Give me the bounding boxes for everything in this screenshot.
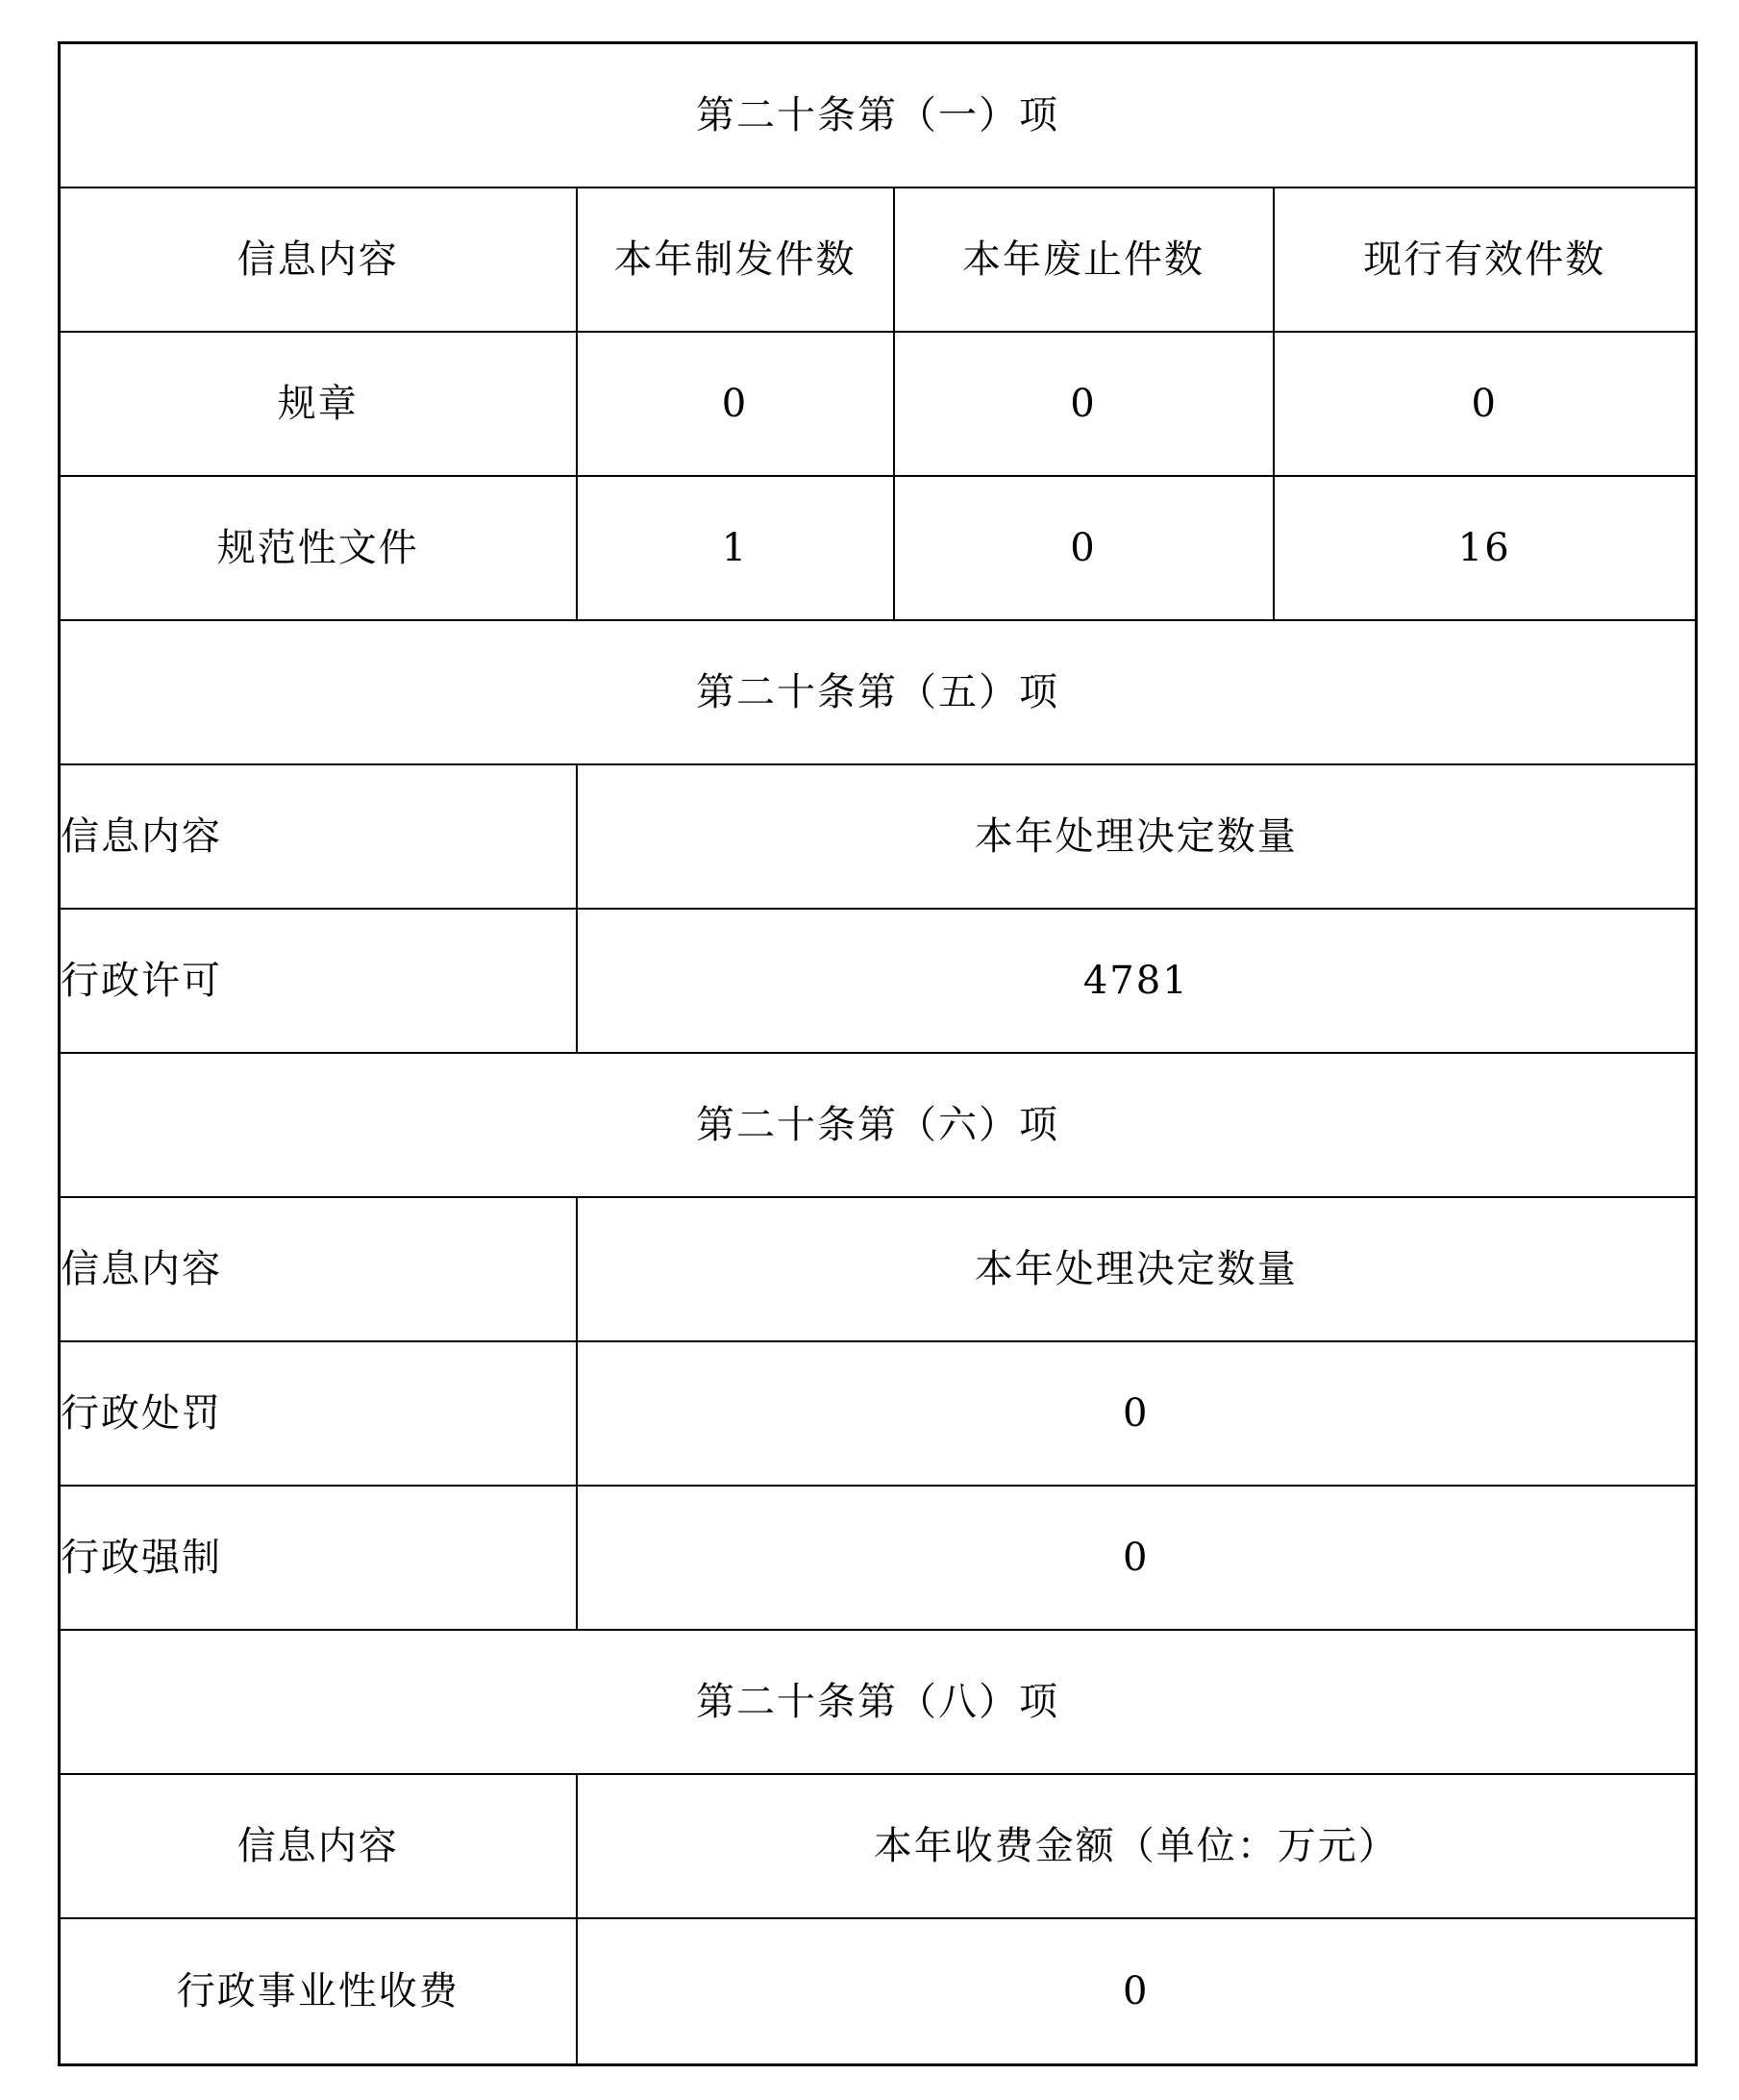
section-1-title: 第二十条第（一）项	[60, 43, 1697, 187]
table-row: 行政强制 0	[60, 1486, 1697, 1630]
row-admin-license-label: 行政许可	[60, 909, 577, 1053]
section-8-title: 第二十条第（八）项	[60, 1630, 1697, 1774]
section-1-title-row: 第二十条第（一）项	[60, 43, 1697, 187]
section-5-header-info-content: 信息内容	[60, 764, 577, 909]
row-normative-docs-label: 规范性文件	[60, 476, 577, 620]
section-6-title-row: 第二十条第（六）项	[60, 1053, 1697, 1197]
section-5-header-decisions-count: 本年处理决定数量	[577, 764, 1697, 909]
section-1-header-repealed-count: 本年废止件数	[894, 187, 1274, 332]
row-admin-coercion-value: 0	[577, 1486, 1697, 1630]
row-admin-license-value: 4781	[577, 909, 1697, 1053]
row-regulations-repealed: 0	[894, 332, 1274, 476]
row-admin-fees-value: 0	[577, 1918, 1697, 2065]
row-regulations-label: 规章	[60, 332, 577, 476]
section-5-header-row: 信息内容 本年处理决定数量	[60, 764, 1697, 909]
row-admin-coercion-label: 行政强制	[60, 1486, 577, 1630]
section-6-header-info-content: 信息内容	[60, 1197, 577, 1341]
table-row: 行政事业性收费 0	[60, 1918, 1697, 2065]
section-8-header-info-content: 信息内容	[60, 1774, 577, 1918]
table-row: 行政许可 4781	[60, 909, 1697, 1053]
section-6-header-row: 信息内容 本年处理决定数量	[60, 1197, 1697, 1341]
disclosure-report-table: 第二十条第（一）项 信息内容 本年制发件数 本年废止件数 现行有效件数 规章 0…	[58, 41, 1698, 2066]
section-1-header-info-content: 信息内容	[60, 187, 577, 332]
table-row: 行政处罚 0	[60, 1341, 1697, 1486]
row-regulations-issued: 0	[577, 332, 894, 476]
section-8-header-fee-amount: 本年收费金额（单位：万元）	[577, 1774, 1697, 1918]
section-8-title-row: 第二十条第（八）项	[60, 1630, 1697, 1774]
section-6-title: 第二十条第（六）项	[60, 1053, 1697, 1197]
table-row: 规范性文件 1 0 16	[60, 476, 1697, 620]
section-1-header-row: 信息内容 本年制发件数 本年废止件数 现行有效件数	[60, 187, 1697, 332]
row-regulations-effective: 0	[1274, 332, 1697, 476]
row-admin-fees-label: 行政事业性收费	[60, 1918, 577, 2065]
row-admin-penalty-value: 0	[577, 1341, 1697, 1486]
section-8-header-row: 信息内容 本年收费金额（单位：万元）	[60, 1774, 1697, 1918]
section-5-title: 第二十条第（五）项	[60, 620, 1697, 764]
section-6-header-decisions-count: 本年处理决定数量	[577, 1197, 1697, 1341]
row-normative-docs-effective: 16	[1274, 476, 1697, 620]
section-5-title-row: 第二十条第（五）项	[60, 620, 1697, 764]
section-1-header-effective-count: 现行有效件数	[1274, 187, 1697, 332]
row-normative-docs-repealed: 0	[894, 476, 1274, 620]
row-admin-penalty-label: 行政处罚	[60, 1341, 577, 1486]
table-row: 规章 0 0 0	[60, 332, 1697, 476]
row-normative-docs-issued: 1	[577, 476, 894, 620]
section-1-header-issued-count: 本年制发件数	[577, 187, 894, 332]
